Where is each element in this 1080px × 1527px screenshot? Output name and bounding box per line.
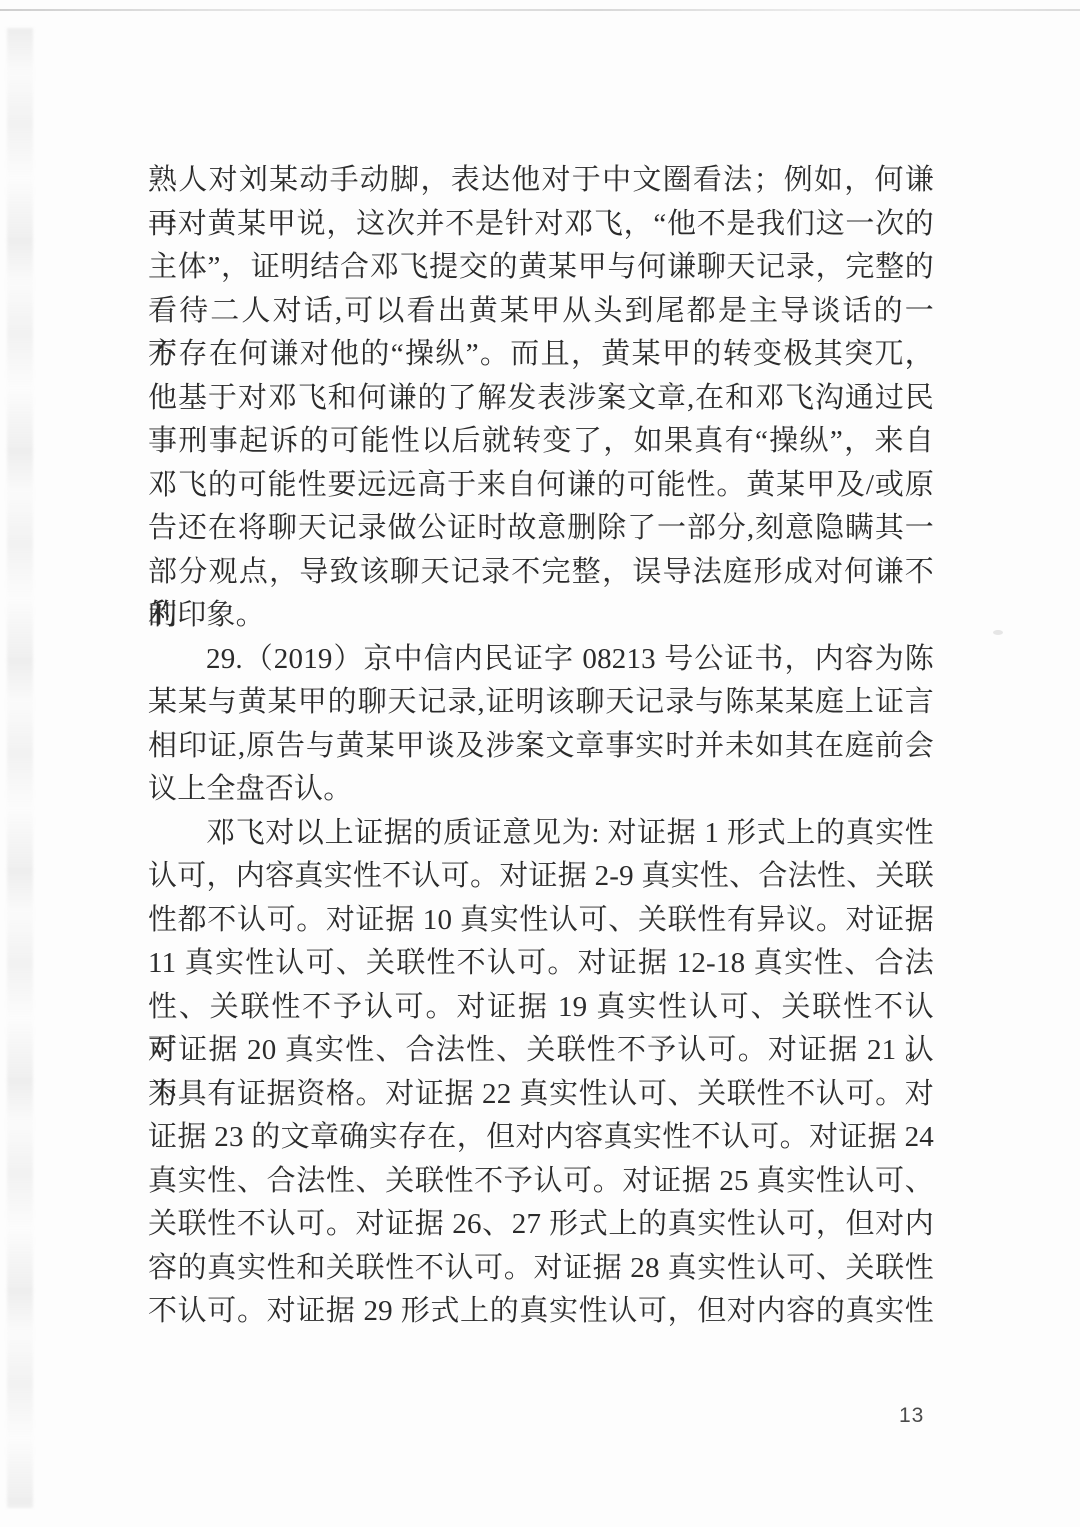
document-line: 不认可。对证据 29 形式上的真实性认可，但对内容的真实性 bbox=[148, 1290, 934, 1334]
document-line: 他基于对邓飞和何谦的了解发表涉案文章,在和邓飞沟通过民 bbox=[148, 377, 934, 421]
document-line: 不存在何谦对他的“操纵”。而且，黄某甲的转变极其突兀， bbox=[148, 333, 934, 377]
scan-artifact-speck bbox=[993, 630, 1003, 635]
document-line: 不具有证据资格。对证据 22 真实性认可、关联性不认可。对 bbox=[148, 1073, 934, 1117]
document-line: 性都不认可。对证据 10 真实性认可、关联性有异议。对证据 bbox=[148, 899, 934, 943]
document-body: 熟人对刘某动手动脚，表达他对于中文圈看法；例如，何谦一 再对黄某甲说，这次并不是… bbox=[148, 159, 934, 1334]
document-line: 容的真实性和关联性不认可。对证据 28 真实性认可、关联性 bbox=[148, 1247, 934, 1291]
document-line: 主体”，证明结合邓飞提交的黄某甲与何谦聊天记录，完整的 bbox=[148, 246, 934, 290]
scan-artifact-top-line bbox=[0, 9, 1080, 11]
document-line-paragraph-end: 的印象。 bbox=[148, 594, 934, 638]
document-line: 事刑事起诉的可能性以后就转变了，如果真有“操纵”，来自 bbox=[148, 420, 934, 464]
document-line: 对证据 20 真实性、合法性、关联性不予认可。对证据 21 认为 bbox=[148, 1029, 934, 1073]
document-line-paragraph-end: 议上全盘否认。 bbox=[148, 768, 934, 812]
page-number: 13 bbox=[899, 1404, 924, 1428]
document-line: 证据 23 的文章确实存在，但对内容真实性不认可。对证据 24 bbox=[148, 1116, 934, 1160]
scan-artifact-left-band bbox=[7, 28, 33, 1508]
document-line: 关联性不认可。对证据 26、27 形式上的真实性认可，但对内 bbox=[148, 1203, 934, 1247]
document-line: 某某与黄某甲的聊天记录,证明该聊天记录与陈某某庭上证言 bbox=[148, 681, 934, 725]
document-line: 部分观点，导致该聊天记录不完整，误导法庭形成对何谦不利 bbox=[148, 551, 934, 595]
document-line: 真实性、合法性、关联性不予认可。对证据 25 真实性认可、 bbox=[148, 1160, 934, 1204]
document-line: 11 真实性认可、关联性不认可。对证据 12-18 真实性、合法 bbox=[148, 942, 934, 986]
document-line-paragraph-start: 邓飞对以上证据的质证意见为: 对证据 1 形式上的真实性 bbox=[148, 812, 934, 856]
document-line: 邓飞的可能性要远远高于来自何谦的可能性。黄某甲及/或原 bbox=[148, 464, 934, 508]
document-line: 相印证,原告与黄某甲谈及涉案文章事实时并未如其在庭前会 bbox=[148, 725, 934, 769]
document-line-paragraph-start: 29.（2019）京中信内民证字 08213 号公证书，内容为陈 bbox=[148, 638, 934, 682]
document-line: 性、关联性不予认可。对证据 19 真实性认可、关联性不认可。 bbox=[148, 986, 934, 1030]
document-line: 再对黄某甲说，这次并不是针对邓飞，“他不是我们这一次的 bbox=[148, 203, 934, 247]
document-line: 熟人对刘某动手动脚，表达他对于中文圈看法；例如，何谦一 bbox=[148, 159, 934, 203]
document-line: 认可，内容真实性不认可。对证据 2-9 真实性、合法性、关联 bbox=[148, 855, 934, 899]
document-line: 看待二人对话,可以看出黄某甲从头到尾都是主导谈话的一方， bbox=[148, 290, 934, 334]
document-line: 告还在将聊天记录做公证时故意删除了一部分,刻意隐瞒其一 bbox=[148, 507, 934, 551]
